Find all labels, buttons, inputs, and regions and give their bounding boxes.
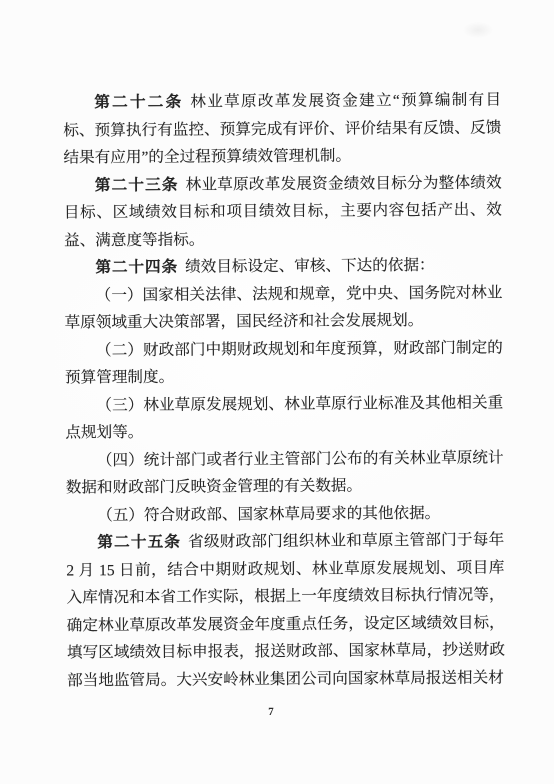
article-number-lead: 第二十五条 (97, 534, 181, 552)
article-number-lead: 第二十四条 (95, 259, 178, 277)
article-number-lead: 第二十二条 (94, 94, 183, 112)
paragraph-text: （四）统计部门或者行业主管部门公布的有关林业草原统计数据和财政部门反映资金管理的… (66, 449, 504, 497)
article-number-lead: 第二十三条 (95, 176, 179, 194)
paragraph-text: （一）国家相关法律、法规和规章，党中央、国务院对林业草原领域重大决策部署，国民经… (65, 284, 503, 332)
paragraph: 第二十二条林业草原改革发展资金建立“预算编制有目标、预算执行有监控、预算完成有评… (63, 86, 502, 172)
paragraph-text: 省级财政部门组织林业和草原主管部门于每年 2 月 15 日前，结合中期财政规划、… (66, 531, 505, 689)
page-number: 7 (259, 706, 283, 718)
paragraph: （三）林业草原发展规划、林业草原行业标准及其他相关重点规划等。 (65, 389, 503, 447)
paragraph: 第二十四条绩效目标设定、审核、下达的依据： (64, 251, 502, 282)
paragraph-text: （五）符合财政部、国家林草局要求的其他依据。 (97, 504, 440, 523)
paragraph: （一）国家相关法律、法规和规章，党中央、国务院对林业草原领域重大决策部署，国民经… (64, 279, 502, 337)
paragraph: 第二十三条林业草原改革发展资金绩效目标分为整体绩效目标、区域绩效目标和项目绩效目… (64, 169, 503, 255)
paragraph: 第二十五条省级财政部门组织林业和草原主管部门于每年 2 月 15 日前，结合中期… (66, 526, 505, 694)
paragraph-text: 绩效目标设定、审核、下达的依据： (185, 257, 435, 276)
document-page: 第二十二条林业草原改革发展资金建立“预算编制有目标、预算执行有监控、预算完成有评… (0, 0, 554, 784)
paragraph: （五）符合财政部、国家林草局要求的其他依据。 (66, 499, 504, 530)
paragraph: （二）财政部门中期财政规划和年度预算，财政部门制定的预算管理制度。 (65, 334, 503, 392)
paragraph-text: （三）林业草原发展规划、林业草原行业标准及其他相关重点规划等。 (65, 394, 503, 442)
paragraph: （四）统计部门或者行业主管部门公布的有关林业草原统计数据和财政部门反映资金管理的… (66, 444, 504, 502)
paragraph-text: （二）财政部门中期财政规划和年度预算，财政部门制定的预算管理制度。 (65, 339, 503, 387)
document-body: 第二十二条林业草原改革发展资金建立“预算编制有目标、预算执行有监控、预算完成有评… (63, 86, 505, 694)
